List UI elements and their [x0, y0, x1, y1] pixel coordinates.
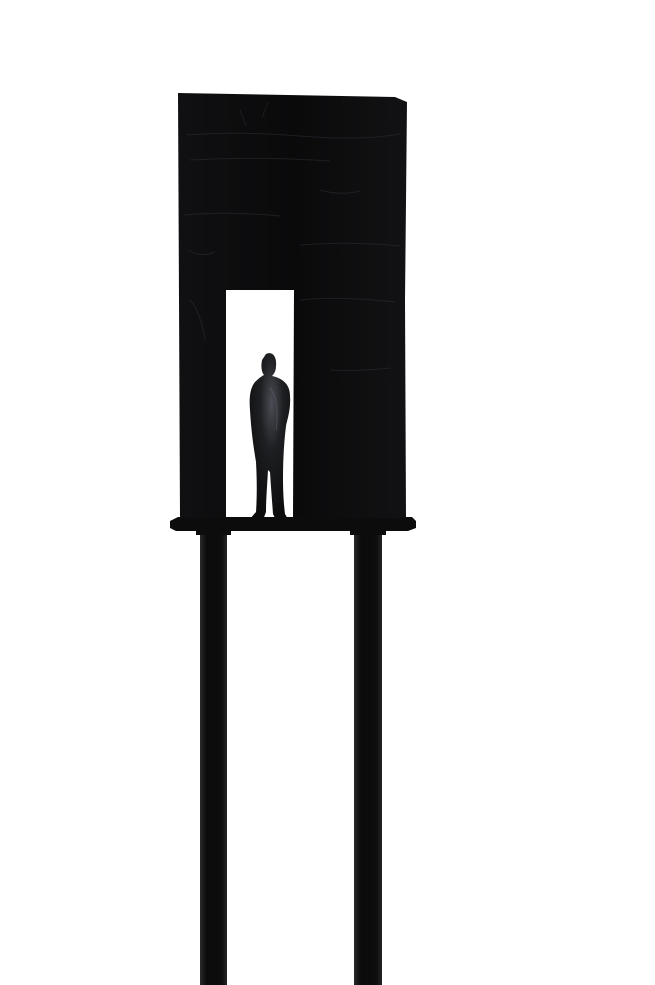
left-leg — [200, 525, 227, 985]
sculpture-photo — [0, 0, 655, 985]
sculpture-illustration — [0, 0, 655, 985]
right-leg — [354, 525, 382, 985]
platform — [170, 517, 416, 535]
